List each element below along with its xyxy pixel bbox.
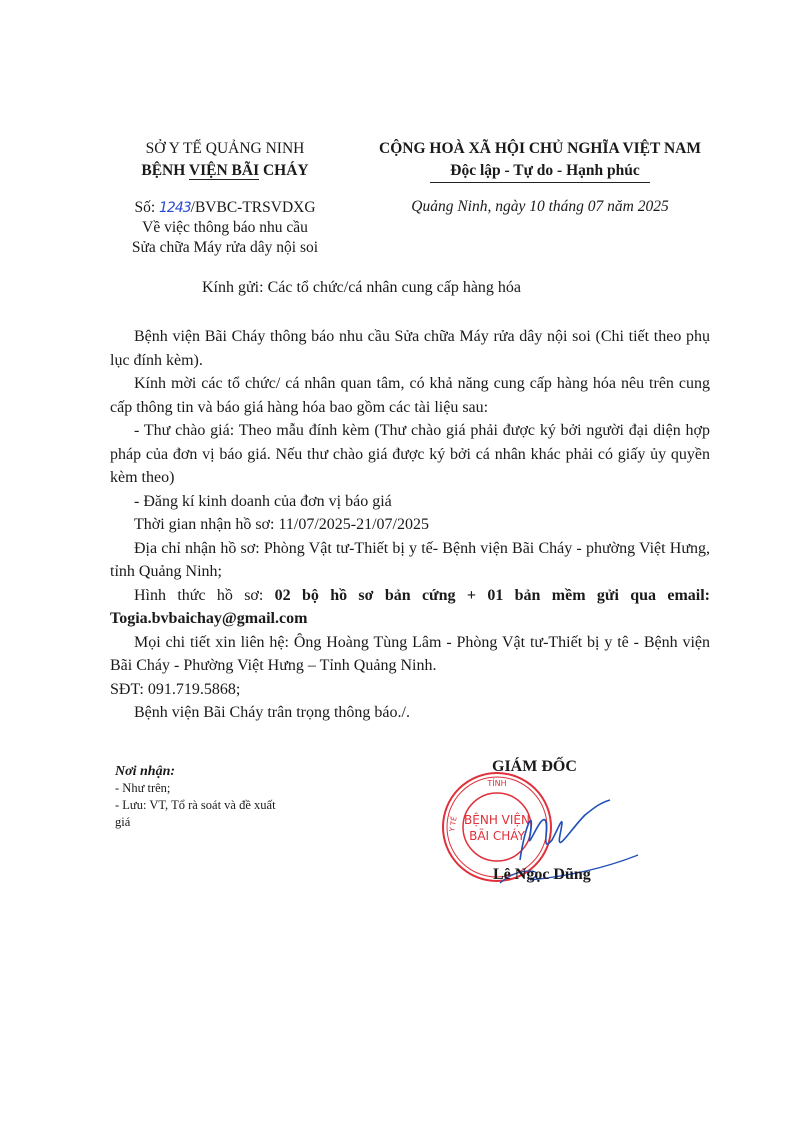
paragraph-quote-letter: - Thư chào giá: Theo mẫu đính kèm (Thư c… (110, 419, 710, 490)
paragraph-submission-format: Hình thức hồ sơ: 02 bộ hồ sơ bản cứng + … (110, 584, 710, 631)
department-name: SỞ Y TẾ QUẢNG NINH (100, 138, 350, 160)
recipient-item: - Lưu: VT, Tổ rà soát và đề xuất (115, 797, 276, 814)
hospital-name: BỆNH VIỆN BÃI CHÁY (100, 160, 350, 182)
document-reference: Số: 1243/BVBC-TRSVDXG Về việc thông báo … (100, 198, 350, 258)
document-date: Quảng Ninh, ngày 10 tháng 07 năm 2025 (355, 198, 725, 216)
recipients-block: Nơi nhận: - Như trên; - Lưu: VT, Tổ rà s… (115, 763, 276, 831)
recipient-item: giá (115, 814, 276, 831)
paragraph-closing: Bệnh viện Bãi Cháy trân trọng thông báo.… (110, 701, 710, 725)
paragraph-submission-address: Địa chỉ nhận hồ sơ: Phòng Vật tư-Thiết b… (110, 537, 710, 584)
paragraph-invitation: Kính mời các tổ chức/ cá nhân quan tâm, … (110, 372, 710, 419)
nation-title: CỘNG HOÀ XÃ HỘI CHỦ NGHĨA VIỆT NAM (355, 138, 725, 160)
paragraph-intro: Bệnh viện Bãi Cháy thông báo nhu cầu Sửa… (110, 325, 710, 372)
signatory-title: GIÁM ĐỐC (492, 758, 577, 776)
handwritten-number: 1243 (159, 200, 191, 216)
document-body: Bệnh viện Bãi Cháy thông báo nhu cầu Sửa… (110, 325, 710, 725)
paragraph-submission-period: Thời gian nhận hồ sơ: 11/07/2025-21/07/2… (110, 513, 710, 537)
recipients-title: Nơi nhận: (115, 763, 276, 780)
national-motto: Độc lập - Tự do - Hạnh phúc (430, 160, 649, 183)
subject-line-1: Về việc thông báo nhu cầu (100, 218, 350, 238)
issuing-authority: SỞ Y TẾ QUẢNG NINH BỆNH VIỆN BÃI CHÁY (100, 138, 350, 182)
subject-line-2: Sửa chữa Máy rửa dây nội soi (100, 238, 350, 258)
greeting: Kính gửi: Các tổ chức/cá nhân cung cấp h… (202, 279, 521, 297)
national-header: CỘNG HOÀ XÃ HỘI CHỦ NGHĨA VIỆT NAM Độc l… (355, 138, 725, 183)
signatory-name: Lê Ngọc Dũng (493, 866, 591, 884)
paragraph-business-registration: - Đăng kí kinh doanh của đơn vị báo giá (110, 490, 710, 514)
document-number: Số: 1243/BVBC-TRSVDXG (100, 198, 350, 218)
recipient-item: - Như trên; (115, 780, 276, 797)
phone-number: SĐT: 091.719.5868; (110, 678, 710, 702)
svg-text:TỈNH: TỈNH (486, 777, 506, 788)
paragraph-contact: Mọi chi tiết xin liên hệ: Ông Hoàng Tùng… (110, 631, 710, 678)
